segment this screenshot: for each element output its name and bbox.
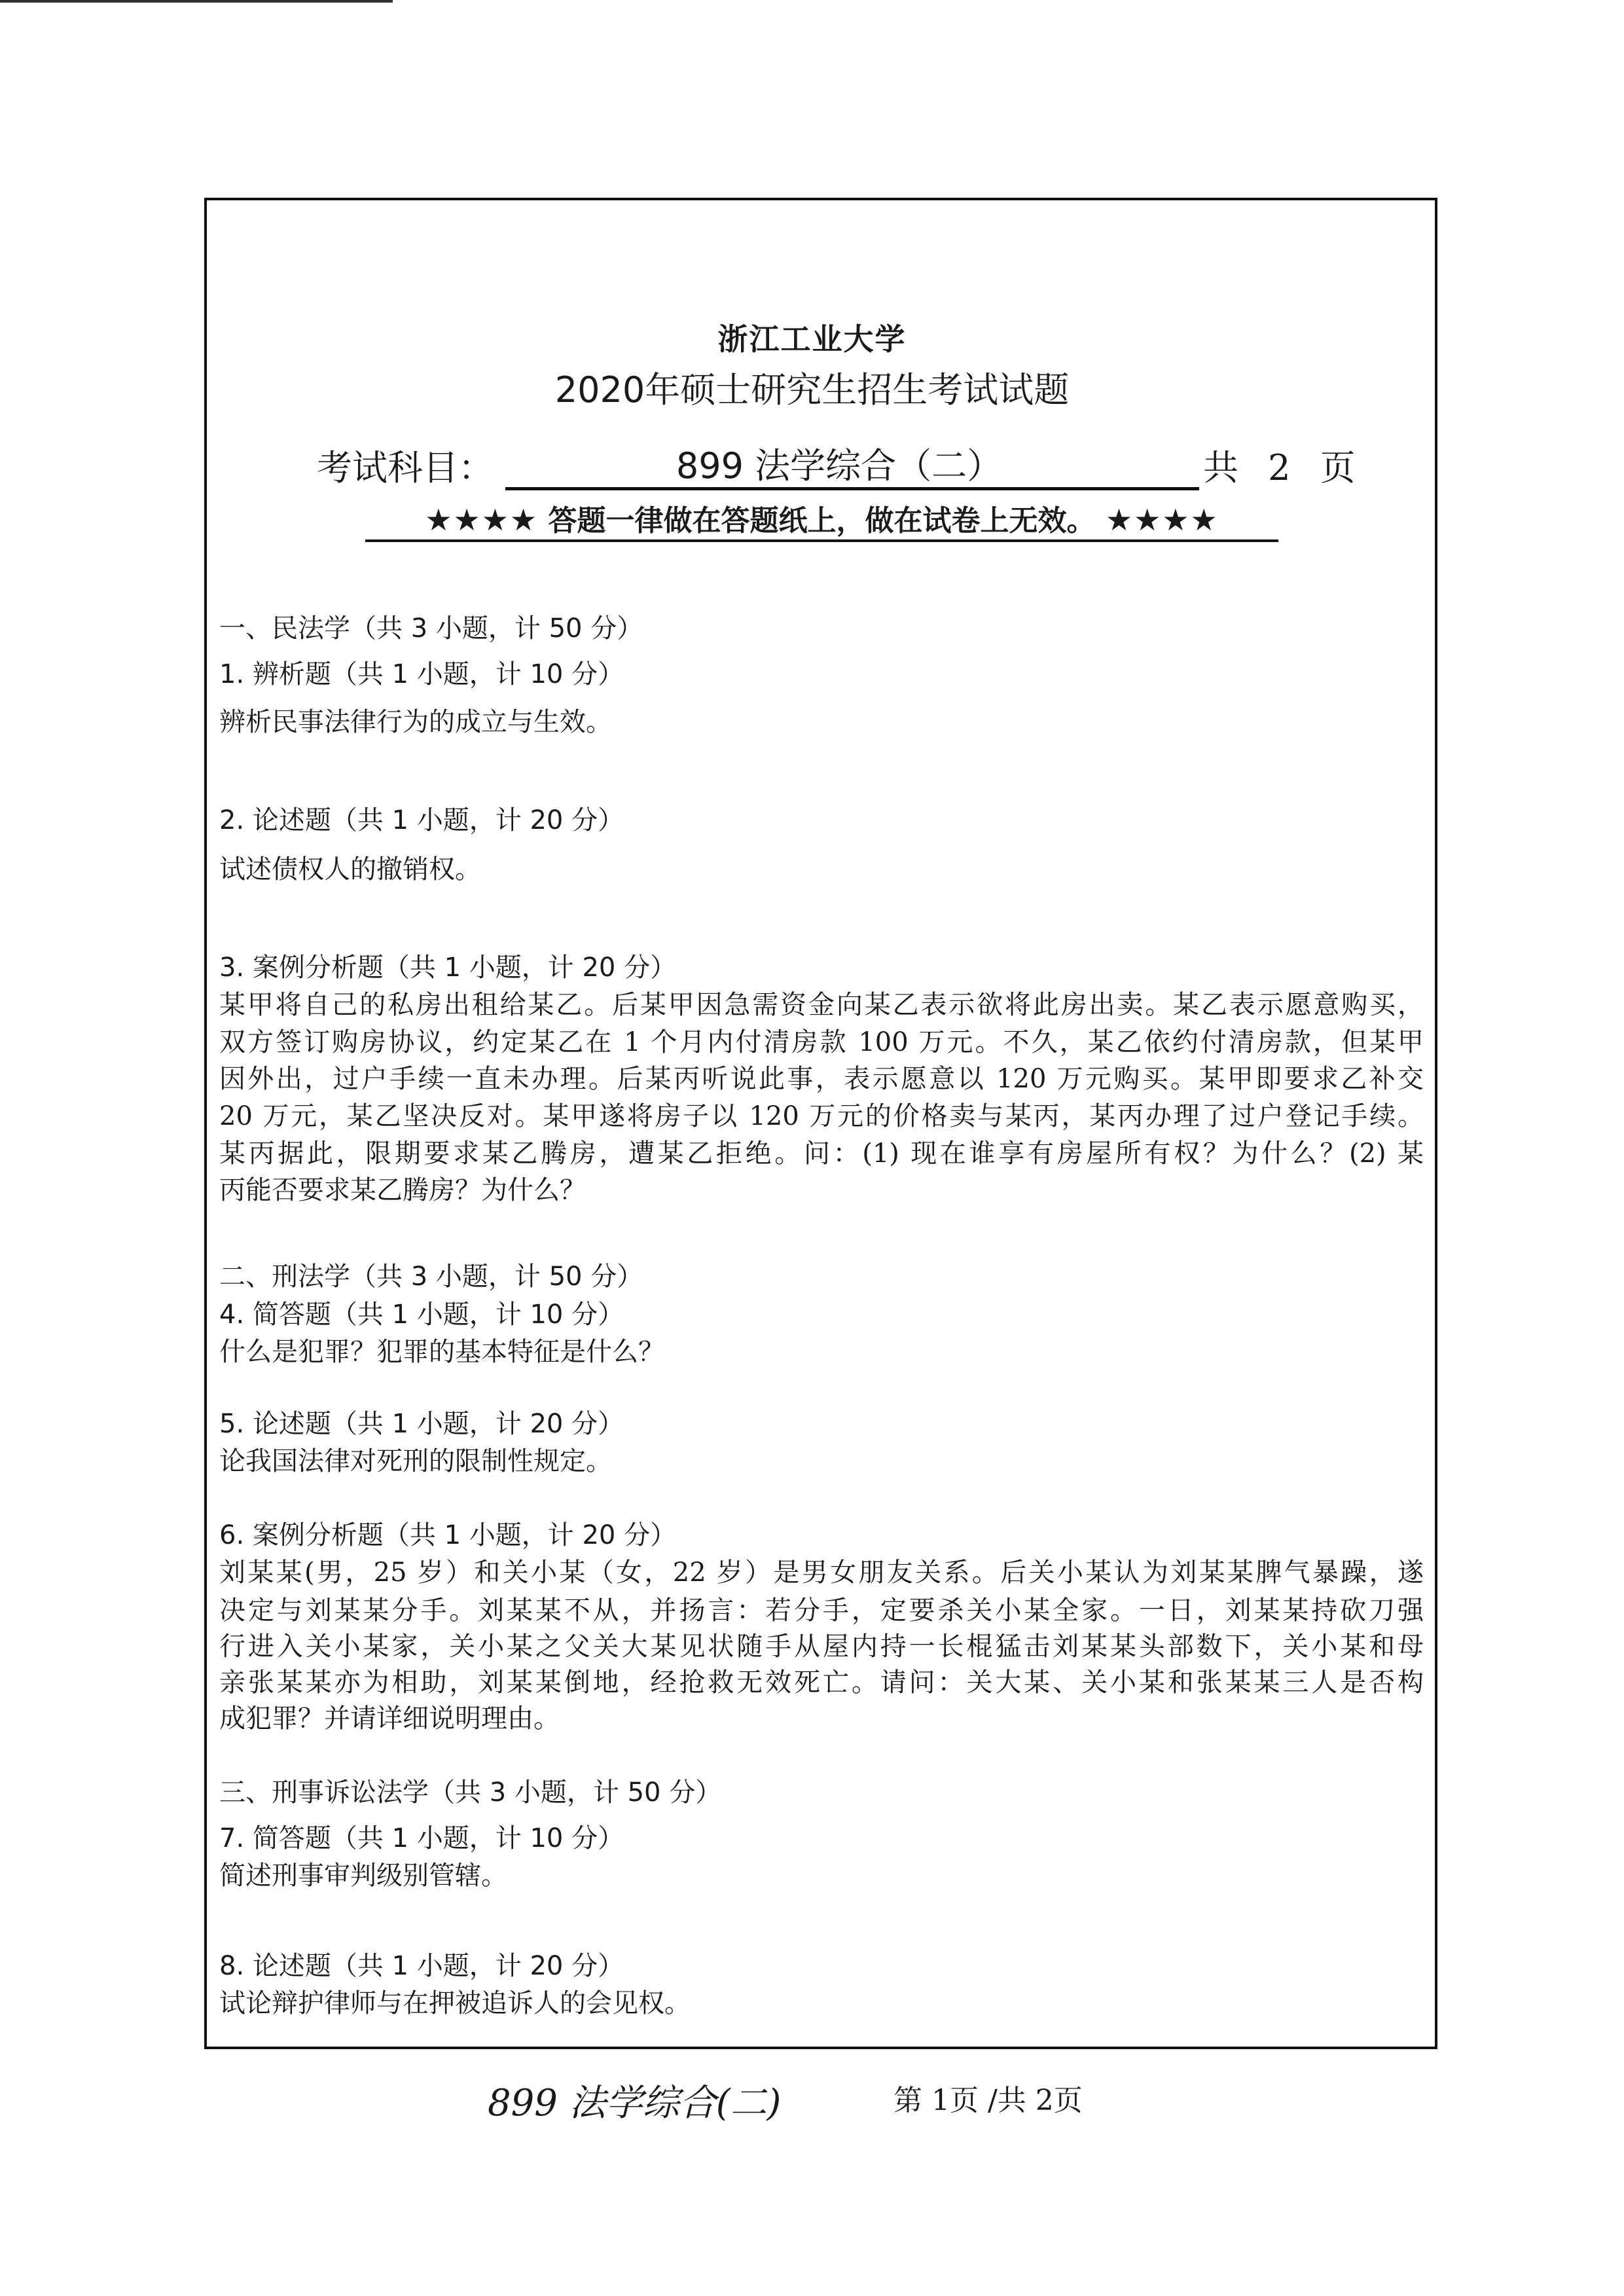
question-text-3-line-1: 某甲将自己的私房出租给某乙。后某甲因急需资金向某乙表示欲将此房出卖。某乙表示愿意… [219,989,1424,1021]
subject-row: 考试科目： 899 法学综合（二） 共 2 页 [317,440,1365,490]
section-title-criminal-procedure: 三、刑事诉讼法学（共 3 小题，计 50 分） [219,1776,721,1809]
handwritten-subject: 899 法学综合(二) [488,2074,781,2126]
question-heading-6: 6. 案例分析题（共 1 小题，计 20 分） [219,1519,676,1552]
question-heading-3: 3. 案例分析题（共 1 小题，计 20 分） [219,951,676,984]
question-text-7: 简述刑事审判级别管辖。 [219,1859,507,1892]
page-indicator: 第 1页 /共 2页 [893,2077,1083,2119]
exam-title: 2020年硕士研究生招生考试试题 [0,362,1624,412]
question-text-6-line-5: 成犯罪？并请详细说明理由。 [219,1702,560,1735]
question-text-2: 试述债权人的撤销权。 [219,853,481,886]
question-text-4: 什么是犯罪？犯罪的基本特征是什么？ [219,1336,664,1368]
star-icon-group-left: ★★★★ [425,502,538,538]
question-heading-5: 5. 论述题（共 1 小题，计 20 分） [219,1408,624,1440]
answer-notice: ★★★★ 答题一律做在答题纸上，做在试卷上无效。 ★★★★ [365,501,1278,542]
question-text-8: 试论辩护律师与在押被追诉人的会见权。 [219,1987,691,2020]
university-name: 浙江工业大学 [0,316,1624,359]
total-pages: 共 2 页 [1203,440,1365,490]
question-heading-8: 8. 论述题（共 1 小题，计 20 分） [219,1950,624,1982]
question-text-6-line-1: 刘某某(男，25 岁）和关小某（女，22 岁）是男女朋友关系。后关小某认为刘某某… [219,1556,1424,1589]
question-heading-1: 1. 辨析题（共 1 小题，计 10 分） [219,658,624,691]
question-text-6-line-4: 亲张某某亦为相助，刘某某倒地，经抢救无效死亡。请问：关大某、关小某和张某某三人是… [219,1666,1424,1699]
question-text-3-line-2: 双方签订购房协议，约定某乙在 1 个月内付清房款 100 万元。不久，某乙依约付… [219,1026,1424,1059]
question-text-3-line-6: 丙能否要求某乙腾房？为什么？ [219,1174,586,1207]
question-text-5: 论我国法律对死刑的限制性规定。 [219,1445,612,1478]
star-icon-group-right: ★★★★ [1106,502,1219,538]
section-title-criminal-law: 二、刑法学（共 3 小题，计 50 分） [219,1260,643,1293]
question-text-3-line-5: 某丙据此，限期要求某乙腾房，遭某乙拒绝。问：(1) 现在谁享有房屋所有权？为什么… [219,1137,1424,1170]
section-title-civil-law: 一、民法学（共 3 小题，计 50 分） [219,612,643,645]
subject-value: 899 法学综合（二） [505,445,1199,490]
subject-label: 考试科目： [317,440,494,490]
notice-text: 答题一律做在答题纸上，做在试卷上无效。 [538,504,1106,538]
question-text-3-line-3: 因外出，过户手续一直未办理。后某丙听说此事，表示愿意以 120 万元购买。某甲即… [219,1063,1424,1095]
question-heading-7: 7. 简答题（共 1 小题，计 10 分） [219,1822,624,1855]
question-text-1: 辨析民事法律行为的成立与生效。 [219,706,612,738]
scan-artifact-edge [0,0,393,3]
question-text-6-line-3: 行进入关小某家，关小某之父关大某见状随手从屋内持一长棍猛击刘某某头部数下，关小某… [219,1630,1424,1663]
question-heading-2: 2. 论述题（共 1 小题，计 20 分） [219,804,624,837]
question-text-6-line-2: 决定与刘某某分手。刘某某不从，并扬言：若分手，定要杀关小某全家。一日，刘某某持砍… [219,1594,1424,1627]
question-text-3-line-4: 20 万元，某乙坚决反对。某甲遂将房子以 120 万元的价格卖与某丙，某丙办理了… [219,1100,1424,1133]
question-heading-4: 4. 简答题（共 1 小题，计 10 分） [219,1298,624,1331]
